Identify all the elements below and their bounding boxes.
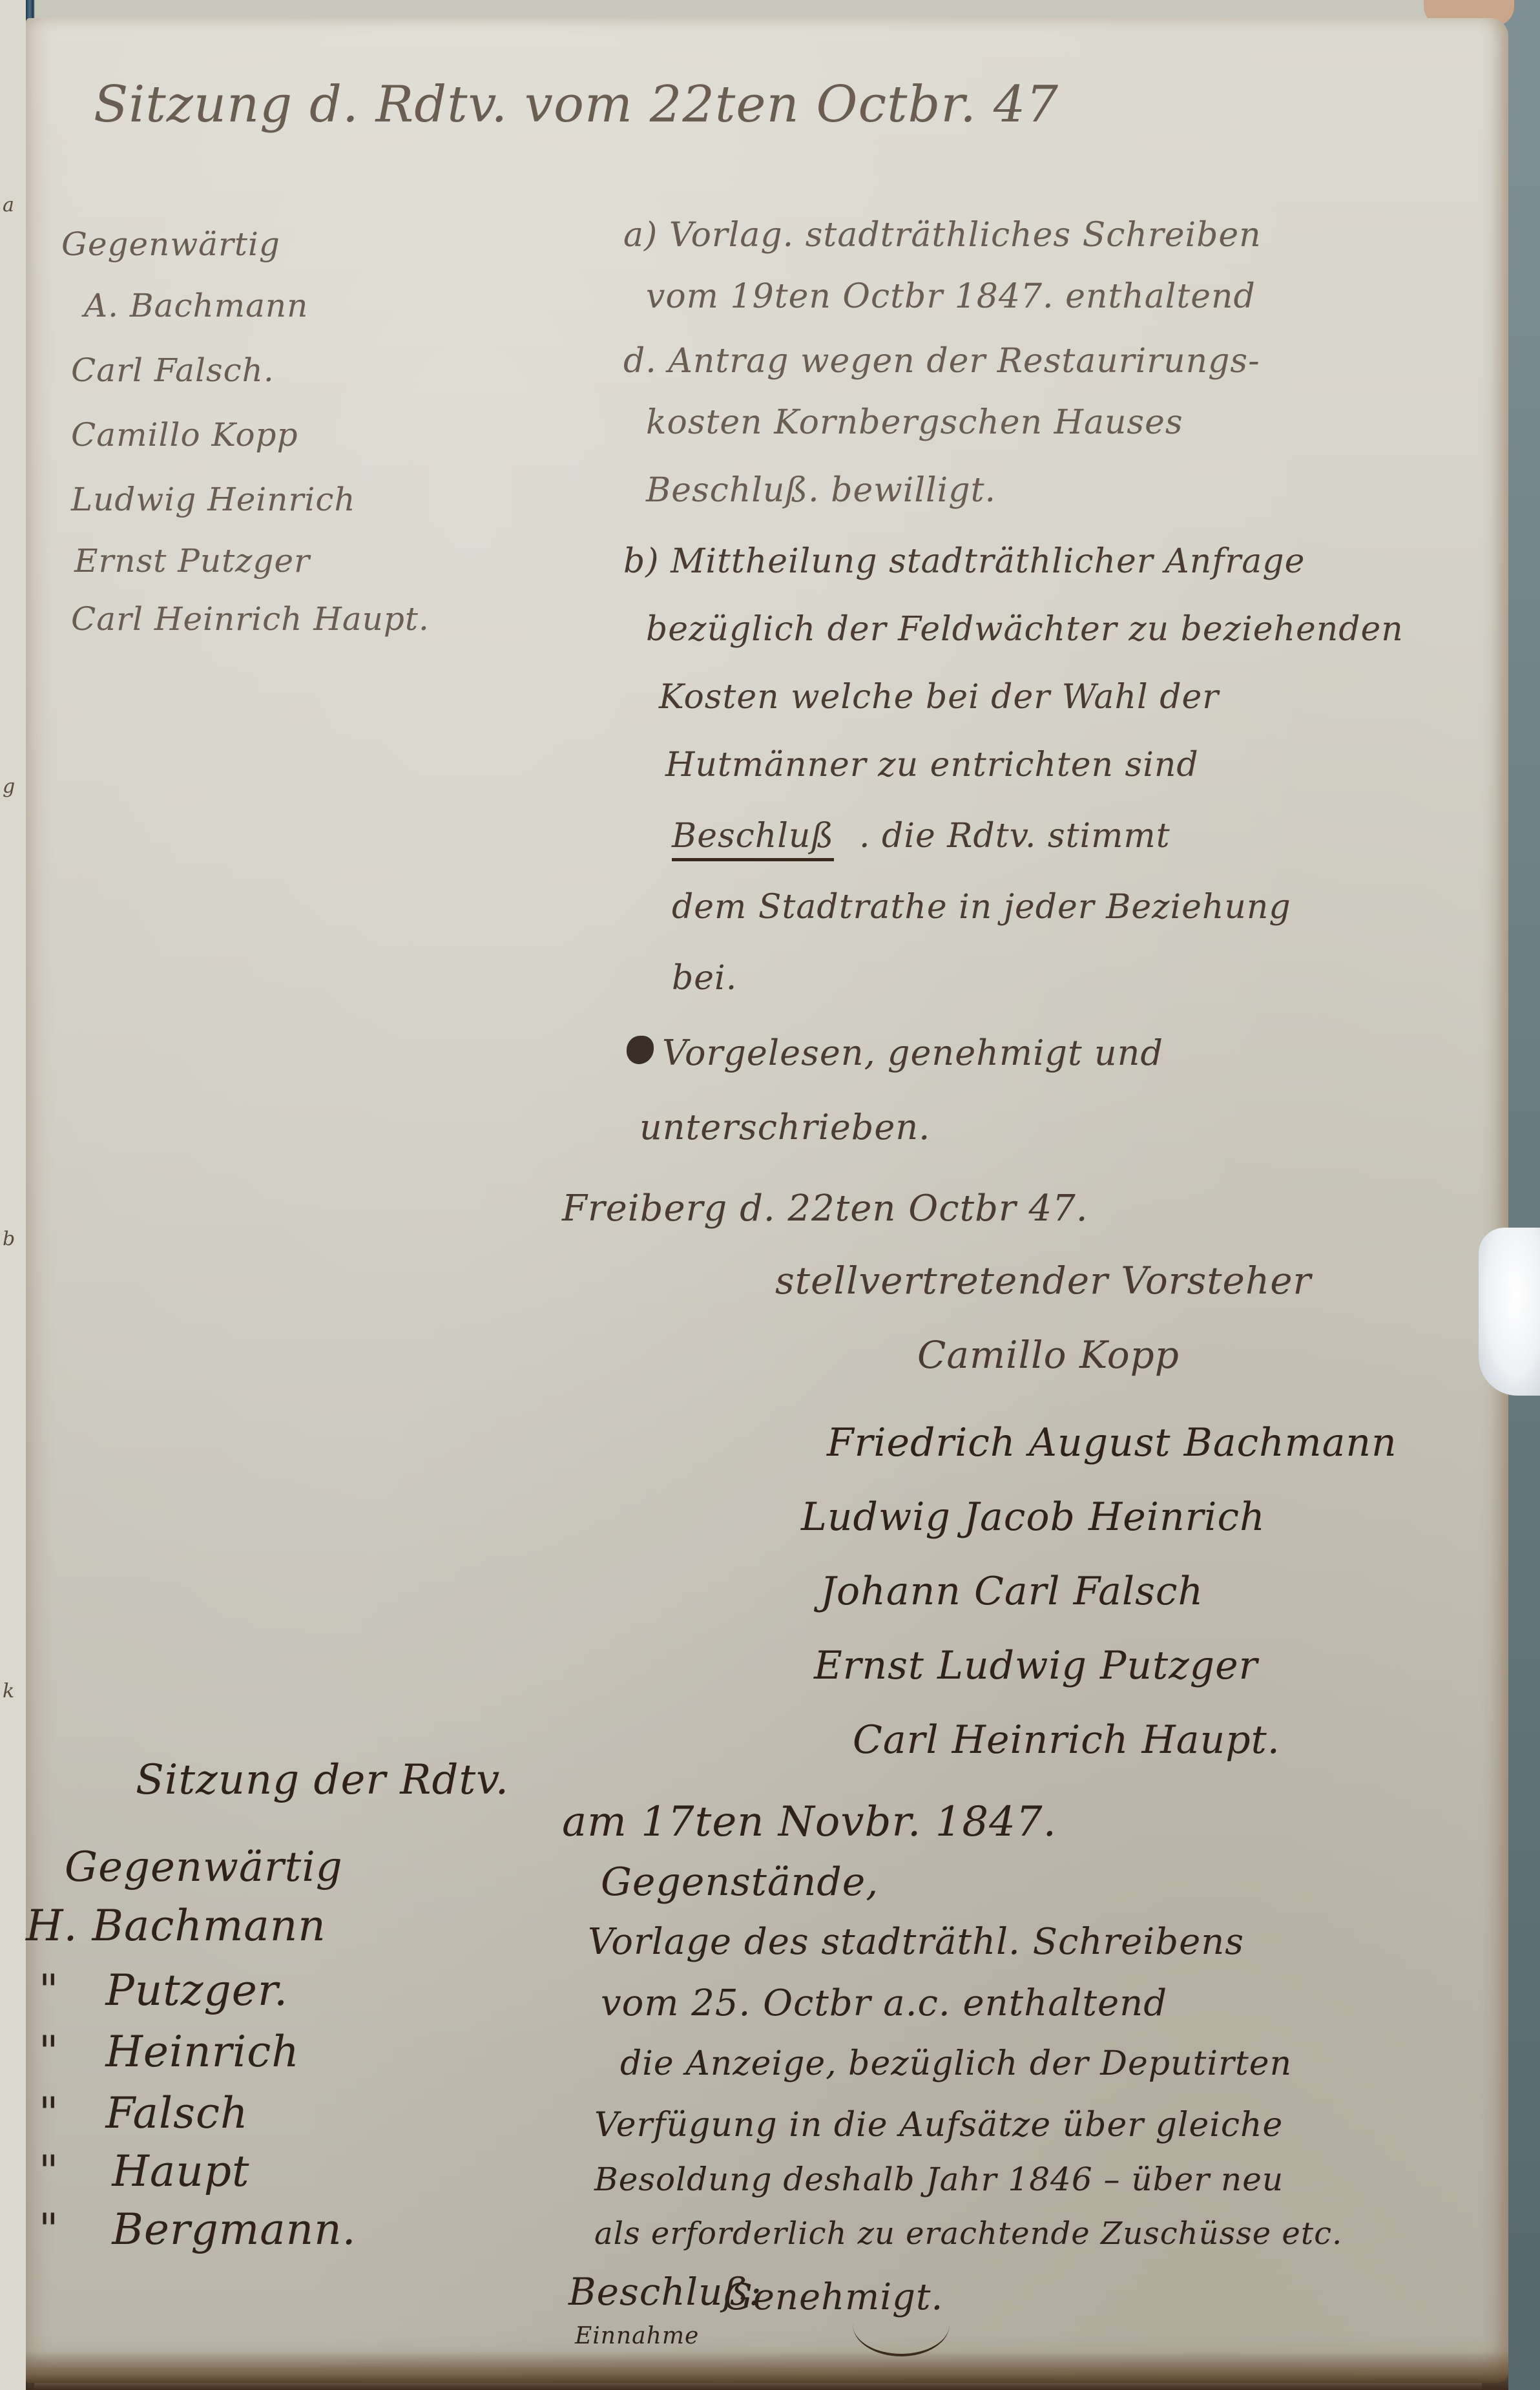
margin-mark: g bbox=[3, 775, 15, 798]
entry-1-body-line: . die Rdtv. stimmt bbox=[859, 819, 1171, 853]
entry-2-attendance-label: Gegenwärtig bbox=[65, 1847, 343, 1888]
entry-2-body-line: vom 25. Octbr a.c. enthaltend bbox=[601, 1986, 1167, 2022]
entry-1-body-line: a) Vorlag. stadträthliches Schreiben bbox=[623, 218, 1262, 252]
entry-1-resolution: Beschluß bbox=[672, 819, 834, 853]
entry-1-place-date: Freiberg d. 22ten Octbr 47. bbox=[562, 1191, 1088, 1227]
attendee-name: Putzger. bbox=[105, 1965, 288, 2015]
signature-flourish bbox=[853, 2292, 950, 2356]
entry-2-attendee: " Haupt bbox=[39, 2150, 250, 2193]
margin-mark: k bbox=[3, 1680, 14, 1703]
entry-1-body-line: dem Stadtrathe in jeder Beziehung bbox=[672, 890, 1291, 924]
entry-2-attendee: " Heinrich bbox=[39, 2031, 300, 2073]
attendee-prefix: " bbox=[39, 2146, 59, 2196]
signature: Ernst Ludwig Putzger bbox=[814, 1646, 1258, 1685]
entry-1-body-line: kosten Kornbergschen Hauses bbox=[646, 406, 1183, 439]
attendee-name: Bachmann bbox=[92, 1901, 326, 1951]
entry-2-body-line: Besoldung deshalb Jahr 1846 – über neu bbox=[594, 2163, 1284, 2196]
page-bottom-edge-stain bbox=[26, 2351, 1508, 2390]
signature: Ludwig Jacob Heinrich bbox=[801, 1498, 1265, 1536]
entry-1-attendee: Ernst Putzger bbox=[74, 545, 310, 577]
entry-2-resolution-note: Einnahme bbox=[575, 2325, 699, 2348]
attendee-prefix: " bbox=[39, 1965, 59, 2015]
entry-2-topic-label: Gegenstände, bbox=[601, 1863, 879, 1902]
facing-page-strip: a g b k bbox=[0, 0, 26, 2390]
margin-mark: b bbox=[3, 1228, 15, 1250]
entry-2-body-line: als erforderlich zu erachtende Zuschüsse… bbox=[594, 2218, 1342, 2249]
entry-1-role-signature: Camillo Kopp bbox=[917, 1336, 1180, 1374]
attendee-prefix: H. bbox=[26, 1901, 78, 1951]
attendee-name: Heinrich bbox=[105, 2027, 299, 2077]
entry-2-heading-right: am 17ten Novbr. 1847. bbox=[562, 1801, 1057, 1843]
entry-2-attendee: " Falsch bbox=[39, 2092, 248, 2135]
signature: Friedrich August Bachmann bbox=[827, 1423, 1397, 1462]
attendee-name: Haupt bbox=[112, 2146, 249, 2196]
manuscript-page: Sitzung d. Rdtv. vom 22ten Octbr. 47 Geg… bbox=[26, 18, 1508, 2383]
entry-1-body-line: Hutmänner zu entrichten sind bbox=[665, 748, 1199, 782]
entry-1-attendance-label: Gegenwärtig bbox=[61, 228, 280, 260]
entry-2-body-line: Verfügung in die Aufsätze über gleiche bbox=[594, 2108, 1283, 2142]
entry-1-resolution: Beschluß. bewilligt. bbox=[646, 474, 996, 507]
entry-2-heading-left: Sitzung der Rdtv. bbox=[136, 1759, 509, 1801]
entry-1-body-line: b) Mittheilung stadträthlicher Anfrage bbox=[623, 545, 1305, 578]
entry-1-role: stellvertretender Vorsteher bbox=[775, 1262, 1311, 1299]
entry-1-body-line: unterschrieben. bbox=[640, 1110, 930, 1145]
gloved-hand bbox=[1479, 1228, 1540, 1396]
entry-1-body-line: vom 19ten Octbr 1847. enthaltend bbox=[646, 280, 1256, 313]
entry-1-attendee: Camillo Kopp bbox=[71, 419, 298, 451]
entry-1-attendee: A. Bachmann bbox=[84, 289, 308, 322]
ink-blot bbox=[627, 1036, 654, 1064]
entry-1-body-line: bei. bbox=[672, 961, 737, 995]
entry-2-body-line: die Anzeige, bezüglich der Deputirten bbox=[620, 2047, 1292, 2081]
margin-mark: a bbox=[3, 194, 14, 216]
attendee-prefix: " bbox=[39, 2205, 59, 2254]
entry-1-attendee: Carl Heinrich Haupt. bbox=[71, 603, 430, 635]
underlined-resolution-word: Beschluß bbox=[672, 817, 834, 861]
entry-1-attendee: Ludwig Heinrich bbox=[71, 483, 356, 516]
entry-1-heading: Sitzung d. Rdtv. vom 22ten Octbr. 47 bbox=[94, 79, 1059, 130]
attendee-prefix: " bbox=[39, 2027, 59, 2077]
entry-1-body-line: d. Antrag wegen der Restaurirungs- bbox=[623, 344, 1260, 378]
attendee-prefix: " bbox=[39, 2088, 59, 2138]
entry-2-attendee: " Putzger. bbox=[39, 1969, 288, 2012]
entry-1-attendee: Carl Falsch. bbox=[71, 354, 275, 386]
signature: Johann Carl Falsch bbox=[820, 1572, 1203, 1611]
entry-2-body-line: Vorlage des stadträthl. Schreibens bbox=[588, 1924, 1244, 1960]
signature: Carl Heinrich Haupt. bbox=[853, 1721, 1280, 1759]
attendee-name: Falsch bbox=[105, 2088, 248, 2138]
attendee-name: Bergmann. bbox=[112, 2205, 356, 2254]
entry-1-body-line: bezüglich der Feldwächter zu beziehenden bbox=[646, 613, 1404, 646]
entry-2-attendee: " Bergmann. bbox=[39, 2208, 357, 2251]
entry-2-attendee: H. Bachmann bbox=[26, 1905, 326, 1947]
entry-1-body-line: Vorgelesen, genehmigt und bbox=[662, 1036, 1163, 1071]
entry-1-body-line: Kosten welche bei der Wahl der bbox=[659, 680, 1219, 714]
